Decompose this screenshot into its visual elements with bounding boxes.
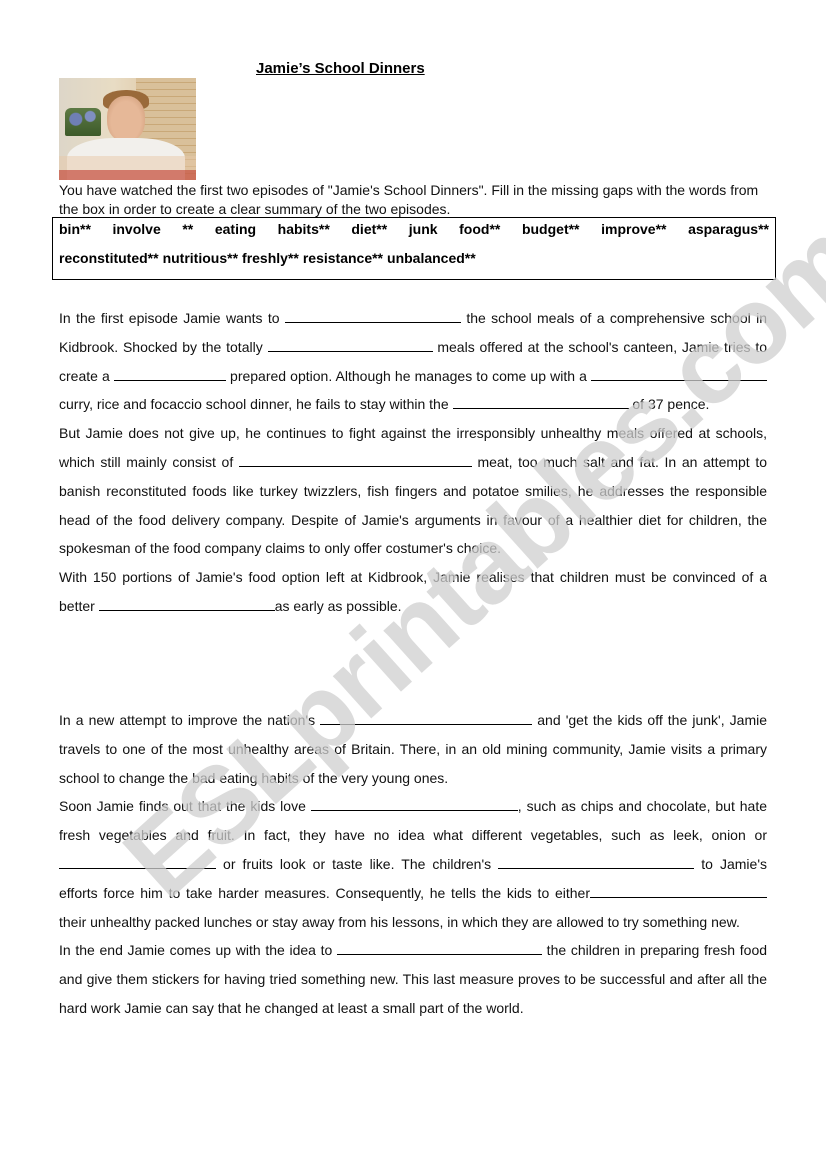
- jamie-photo: [59, 78, 196, 180]
- fill-in-gap-11[interactable]: [498, 856, 694, 869]
- fill-in-gap-7[interactable]: [99, 598, 275, 611]
- word-box-item: nutritious**: [163, 250, 238, 266]
- summary-part-1: In the first episode Jamie wants to the …: [59, 304, 767, 621]
- word-box-item: asparagus**: [688, 221, 769, 237]
- word-box-item: food**: [459, 221, 500, 237]
- paragraph: Soon Jamie finds out that the kids love …: [59, 792, 767, 936]
- fill-in-gap-6[interactable]: [239, 454, 472, 467]
- fill-in-gap-10[interactable]: [59, 856, 216, 869]
- fill-in-gap-3[interactable]: [114, 368, 226, 381]
- word-box: bin**involve**eatinghabits**diet**junkfo…: [52, 217, 776, 280]
- paragraph: In a new attempt to improve the nation's…: [59, 706, 767, 792]
- paragraph-text: In the end Jamie comes up with the idea …: [59, 942, 337, 958]
- word-box-line-1: bin**involve**eatinghabits**diet**junkfo…: [59, 221, 769, 237]
- word-box-item: eating: [215, 221, 256, 237]
- word-box-item: freshly**: [242, 250, 299, 266]
- instructions: You have watched the first two episodes …: [59, 181, 779, 219]
- word-box-item: habits**: [278, 221, 330, 237]
- word-box-item: involve: [112, 221, 160, 237]
- fill-in-gap-13[interactable]: [337, 942, 542, 955]
- word-box-item: improve**: [601, 221, 666, 237]
- word-box-item: reconstituted**: [59, 250, 159, 266]
- paragraph-text: of 37 pence.: [629, 396, 710, 412]
- word-box-item: diet**: [351, 221, 387, 237]
- word-box-item: bin**: [59, 221, 91, 237]
- paragraph-text: Soon Jamie finds out that the kids love: [59, 798, 311, 814]
- word-box-item: **: [182, 221, 193, 237]
- fill-in-gap-5[interactable]: [453, 396, 629, 409]
- paragraph-text: or fruits look or taste like. The childr…: [216, 856, 498, 872]
- plant-icon: [65, 108, 101, 136]
- paragraph-text: their unhealthy packed lunches or stay a…: [59, 914, 740, 930]
- paragraph-text: as early as possible.: [275, 598, 402, 614]
- paragraph: With 150 portions of Jamie's food option…: [59, 563, 767, 621]
- word-box-item: resistance**: [303, 250, 383, 266]
- paragraph: In the first episode Jamie wants to the …: [59, 304, 767, 419]
- word-box-item: junk: [409, 221, 438, 237]
- fill-in-gap-1[interactable]: [285, 310, 461, 323]
- paragraph-text: prepared option. Although he manages to …: [226, 368, 591, 384]
- paragraph: But Jamie does not give up, he continues…: [59, 419, 767, 563]
- paragraph-text: curry, rice and focaccio school dinner, …: [59, 396, 453, 412]
- paragraph: In the end Jamie comes up with the idea …: [59, 936, 767, 1022]
- word-box-line-2: reconstituted**nutritious**freshly**resi…: [59, 250, 769, 266]
- worksheet-title: Jamie’s School Dinners: [256, 60, 425, 77]
- paragraph-text: In the first episode Jamie wants to: [59, 310, 285, 326]
- fill-in-gap-9[interactable]: [311, 798, 518, 811]
- paragraph-text: In a new attempt to improve the nation's: [59, 712, 320, 728]
- fill-in-gap-12[interactable]: [590, 885, 767, 898]
- fill-in-gap-8[interactable]: [320, 712, 532, 725]
- word-box-item: unbalanced**: [387, 250, 476, 266]
- fill-in-gap-4[interactable]: [591, 368, 767, 381]
- summary-part-2: In a new attempt to improve the nation's…: [59, 706, 767, 1023]
- fill-in-gap-2[interactable]: [268, 339, 433, 352]
- word-box-item: budget**: [522, 221, 580, 237]
